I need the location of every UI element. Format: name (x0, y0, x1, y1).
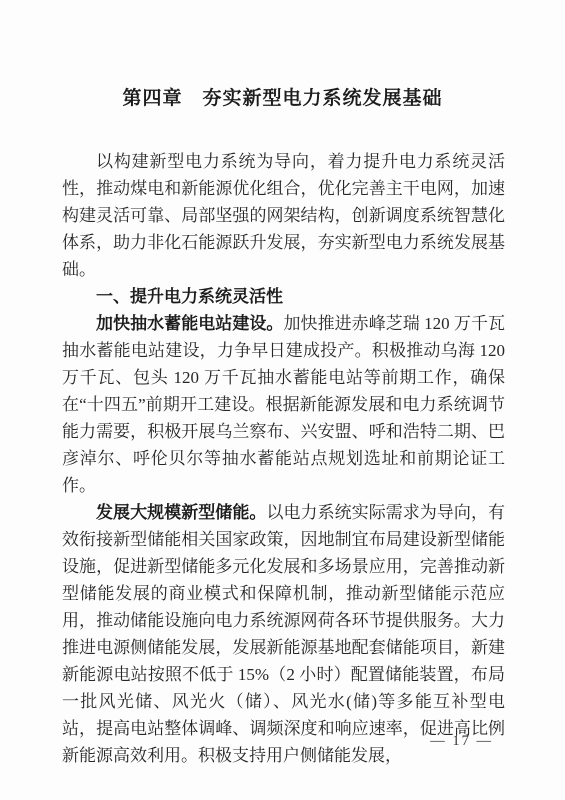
paragraph-energy-storage-lead: 发展大规模新型储能。 (96, 503, 266, 522)
document-page: 第四章 夯实新型电力系统发展基础 以构建新型电力系统为导向，着力提升电力系统灵活… (0, 0, 565, 800)
paragraph-energy-storage: 发展大规模新型储能。以电力系统实际需求为导向，有效衔接新型储能相关国家政策，因地… (62, 499, 505, 769)
chapter-title: 第四章 夯实新型电力系统发展基础 (0, 0, 565, 112)
paragraph-pumped-storage-lead: 加快抽水蓄能电站建设。 (96, 314, 283, 333)
paragraph-pumped-storage: 加快抽水蓄能电站建设。加快推进赤峰芝瑞 120 万千瓦抽水蓄能电站建设，力争早日… (62, 310, 505, 499)
paragraph-intro: 以构建新型电力系统为导向，着力提升电力系统灵活性，推动煤电和新能源优化组合，优化… (62, 148, 505, 283)
document-body: 以构建新型电力系统为导向，着力提升电力系统灵活性，推动煤电和新能源优化组合，优化… (62, 148, 505, 769)
paragraph-energy-storage-body: 以电力系统实际需求为导向，有效衔接新型储能相关国家政策，因地制宜布局建设新型储能… (62, 503, 505, 765)
section-heading-flexibility: 一、提升电力系统灵活性 (62, 283, 505, 310)
page-number: — 17 — (430, 733, 493, 750)
paragraph-pumped-storage-body: 加快推进赤峰芝瑞 120 万千瓦抽水蓄能电站建设，力争早日建成投产。积极推动乌海… (62, 314, 505, 495)
